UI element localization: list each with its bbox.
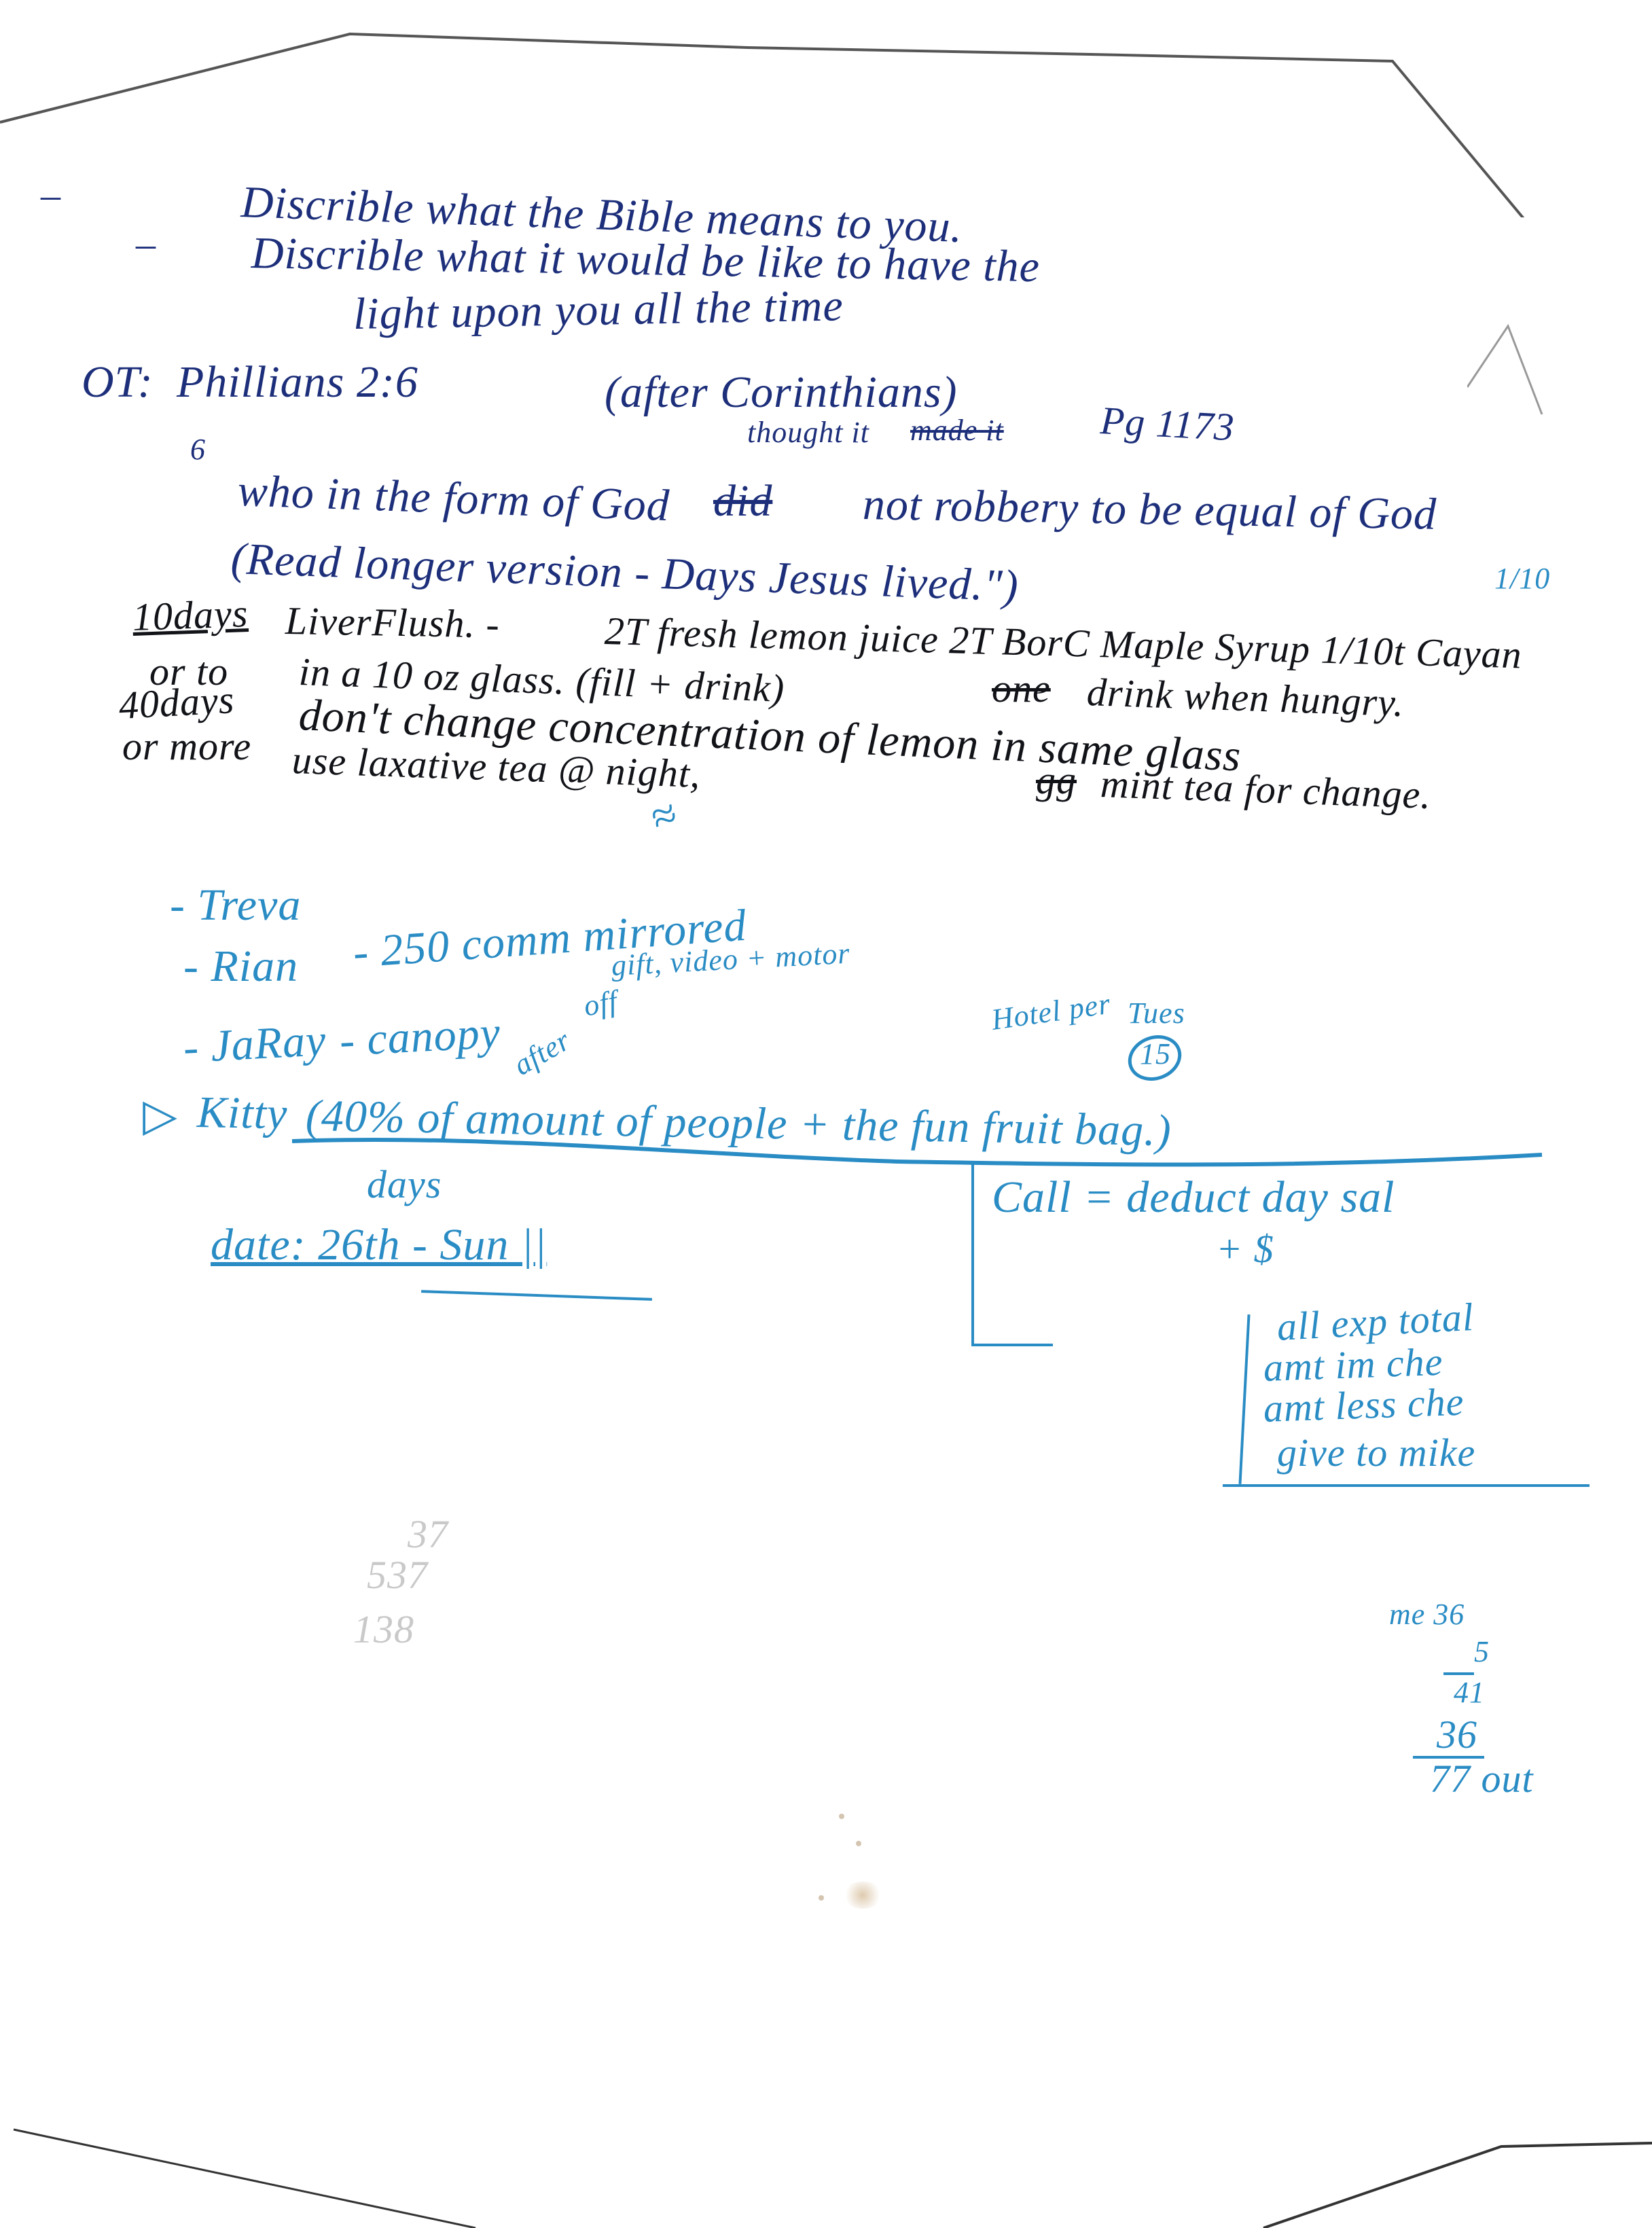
box-note-1: all exp total [1276,1297,1475,1347]
dash-mark: – [41,175,61,215]
verse-insert-struck: made it [910,416,1004,446]
page-number: Pg 1173 [1099,401,1235,447]
bible-note-2-cont: light upon you all the time [353,283,844,337]
arith-line-4: 36 [1437,1715,1477,1755]
liver-flush-title: LiverFlush. - [285,601,500,645]
name-kitty: Kitty [196,1090,287,1136]
circled-number: 15 [1140,1039,1171,1069]
kitty-note: (40% of amount of people + the fun fruit… [305,1094,1172,1153]
margin-10days: 10days [132,594,249,637]
arith-line-3: 41 [1454,1678,1485,1708]
speck [856,1841,861,1846]
name-treva: - Treva [170,883,301,928]
pencil-mark-2: 537 [367,1556,428,1595]
side-note-hotel: Hotel per [990,989,1113,1035]
name-rian: - Rian [183,944,298,989]
box-left [1238,1314,1250,1484]
margin-or-more: or more [122,727,251,766]
dash-mark: – [136,224,156,264]
ot-label: OT: [82,360,154,405]
side-note-tues: Tues [1128,999,1185,1028]
verse-text: who in the form of God [237,469,670,528]
recipe-line-2-struck: one [992,669,1051,708]
verse-struck: did [713,479,772,524]
arith-rule-1 [1443,1672,1474,1675]
box-note-4: give to mike [1277,1433,1475,1473]
arith-line-2: 5 [1474,1637,1490,1667]
jaray-extra: after [509,1025,575,1081]
verse-insert: thought it [747,418,869,448]
box-bottom [1223,1484,1590,1487]
box-note-3: amt less che [1263,1382,1465,1429]
days-label: days [367,1165,442,1204]
speck [819,1895,824,1901]
paper-edge-bottom [0,2038,1652,2228]
verse-number: 6 [190,435,206,465]
read-note: (Read longer version - Days Jesus lived.… [230,537,1020,609]
arith-result: 77 out [1430,1759,1534,1799]
underline-mark [421,1290,652,1301]
recipe-line-4-struck: gg [1036,761,1077,800]
pencil-mark-1: 37 [408,1515,448,1554]
name-jaray: - JaRay [182,1018,327,1071]
arrow-marker: ▷ [143,1094,178,1138]
recipe-line-4b: mint tea for change. [1100,764,1432,815]
bracket-note-2: + $ [1216,1229,1274,1269]
stain-mark [842,1882,883,1909]
date-line: date: 26th - Sun || [211,1223,547,1268]
speck [839,1814,844,1819]
jaray-note: - canopy [338,1011,501,1064]
recipe-line-2b: drink when hungry. [1086,672,1405,723]
bracket-left [971,1162,974,1345]
arith-line-1: me 36 [1389,1600,1465,1630]
margin-40days: 40days [118,680,235,725]
scanned-note-page: – Discrible what the Bible means to you.… [0,0,1652,2228]
reference-note: (after Corinthians) [605,370,958,415]
jaray-subnote: off [581,986,619,1022]
paper-fold-right [1467,306,1603,442]
bible-note-2: Discrible what it would be like to have … [251,231,1040,289]
separator-mark: ≈ [645,791,684,842]
scripture-reference: Phillians 2:6 [177,360,418,405]
pencil-mark-3: 138 [353,1610,414,1649]
bracket-bottom [971,1344,1053,1346]
bracket-note: Call = deduct day sal [992,1175,1395,1220]
verse-rest: not robbery to be equal of God [862,482,1437,537]
fraction-annotation: 1/10 [1494,564,1550,594]
